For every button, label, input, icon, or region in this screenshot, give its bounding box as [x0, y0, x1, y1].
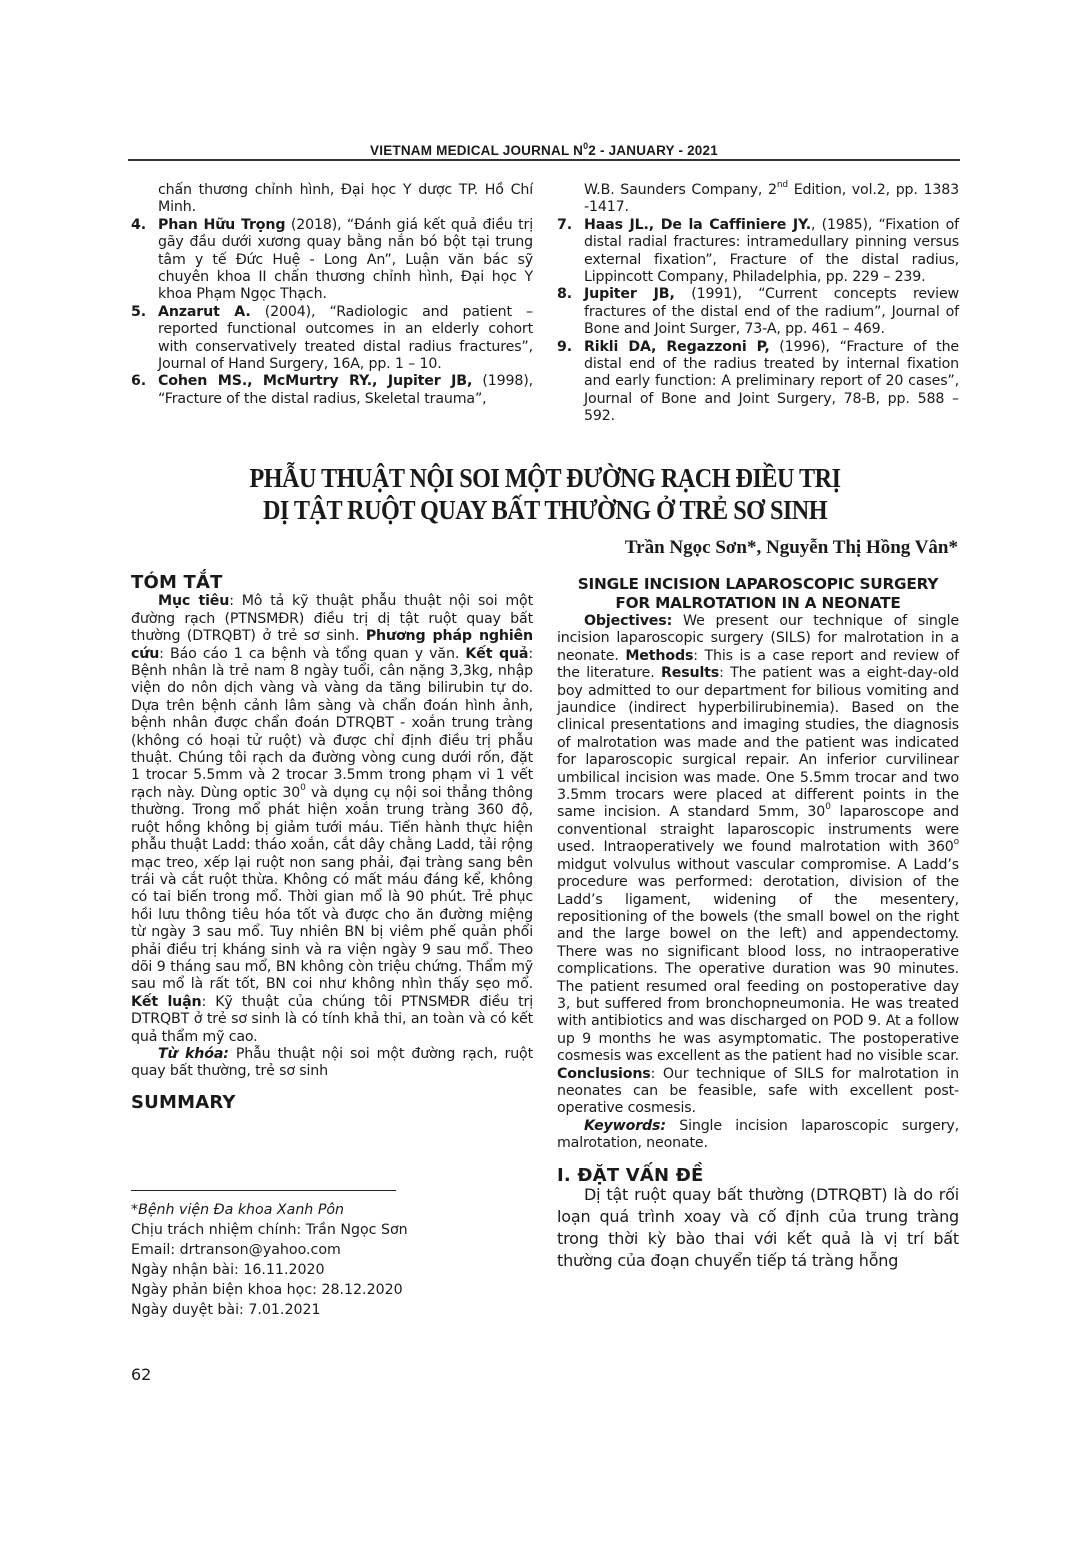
keywords-paragraph: Keywords: Single incision laparoscopic s… — [557, 1118, 959, 1153]
reference-number: 6. — [131, 373, 158, 408]
article-authors: Trần Ngọc Sơn*, Nguyễn Thị Hồng Vân* — [500, 537, 958, 559]
english-title: SINGLE INCISION LAPAROSCOPIC SURGERY FOR… — [557, 575, 959, 613]
article-title: PHẪU THUẬT NỘI SOI MỘT ĐƯỜNG RẠCH ĐIỀU T… — [197, 462, 892, 526]
abstract-paragraph: Mục tiêu: Mô tả kỹ thuật phẫu thuật nội … — [131, 593, 533, 1046]
footnotes: *Bệnh viện Đa khoa Xanh Pôn Chịu trách n… — [131, 1200, 408, 1320]
reference-continuation: W.B. Saunders Company, 2nd Edition, vol.… — [557, 182, 959, 217]
label-conclusions: Conclusions — [557, 1066, 651, 1082]
email: Email: drtranson@yahoo.com — [131, 1240, 408, 1260]
reference-number: 8. — [557, 286, 584, 338]
section-heading: I. ĐẶT VẤN ĐỀ — [557, 1167, 959, 1184]
title-line: SINGLE INCISION LAPAROSCOPIC SURGERY — [557, 575, 959, 594]
abstract-text: : Bệnh nhân là trẻ nam 8 ngày tuổi, cân … — [131, 646, 533, 801]
affiliation: *Bệnh viện Đa khoa Xanh Pôn — [131, 1200, 408, 1220]
keywords-label: Keywords: — [584, 1118, 666, 1134]
reference-number: 7. — [557, 217, 584, 287]
abstract-text: và dụng cụ nội soi thẳng thông thường. T… — [131, 785, 533, 992]
issue-superscript: 0 — [583, 141, 588, 151]
header-rule — [128, 159, 960, 161]
reference-authors: Haas JL., De la Caffiniere JY. — [584, 217, 811, 233]
label-results: Results — [661, 665, 719, 681]
degree-superscript: 0 — [825, 802, 831, 812]
received-date: Ngày nhận bài: 16.11.2020 — [131, 1260, 408, 1280]
abstract-english: SINGLE INCISION LAPAROSCOPIC SURGERY FOR… — [557, 575, 959, 1272]
abstract-text: : The patient was a eight-day-old boy ad… — [557, 665, 959, 820]
section-heading: TÓM TẮT — [131, 574, 533, 591]
reference-cont-text: W.B. Saunders Company, 2 — [584, 182, 777, 198]
summary-heading: SUMMARY — [131, 1094, 533, 1111]
label-objectives: Mục tiêu — [158, 593, 229, 609]
title-line: DỊ TẬT RUỘT QUAY BẤT THƯỜNG Ở TRẺ SƠ SIN… — [197, 494, 892, 526]
intro-paragraph: Dị tật ruột quay bất thường (DTRQBT) là … — [557, 1184, 959, 1272]
reference-item: 4. Phan Hữu Trọng (2018), “Đánh giá kết … — [131, 217, 533, 304]
reference-number: 4. — [131, 217, 158, 304]
running-header: VIETNAM MEDICAL JOURNAL N02 - JANUARY - … — [128, 143, 960, 158]
abstract-vietnamese: TÓM TẮT Mục tiêu: Mô tả kỹ thuật phẫu th… — [131, 574, 533, 1111]
reference-authors: Jupiter JB, — [584, 286, 675, 302]
references-left: chấn thương chỉnh hình, Đại học Y dược T… — [131, 182, 533, 408]
page-number: 62 — [131, 1365, 151, 1384]
issue-date: 2 - JANUARY - 2021 — [588, 143, 718, 158]
reviewed-date: Ngày phản biện khoa học: 28.12.2020 — [131, 1280, 408, 1300]
keywords-paragraph: Từ khóa: Phẫu thuật nội soi một đường rạ… — [131, 1046, 533, 1081]
degree-superscript: o — [954, 837, 959, 847]
reference-continuation: chấn thương chỉnh hình, Đại học Y dược T… — [131, 182, 533, 217]
label-results: Kết quả — [465, 646, 528, 662]
footnote-rule — [131, 1190, 396, 1191]
references-right: W.B. Saunders Company, 2nd Edition, vol.… — [557, 182, 959, 426]
title-line: FOR MALROTATION IN A NEONATE — [557, 594, 959, 613]
reference-item: 6. Cohen MS., McMurtry RY., Jupiter JB, … — [131, 373, 533, 408]
title-line: PHẪU THUẬT NỘI SOI MỘT ĐƯỜNG RẠCH ĐIỀU T… — [197, 462, 892, 494]
keywords-label: Từ khóa: — [158, 1046, 229, 1062]
abstract-text: midgut volvulus without vascular comprom… — [557, 857, 959, 1064]
journal-name: VIETNAM MEDICAL JOURNAL N — [370, 143, 583, 158]
label-objectives: Objectives: — [584, 613, 672, 629]
responsible-author: Chịu trách nhiệm chính: Trần Ngọc Sơn — [131, 1220, 408, 1240]
reference-item: 9. Rikli DA, Regazzoni P, (1996), “Fract… — [557, 339, 959, 426]
reference-authors: Cohen MS., McMurtry RY., Jupiter JB, — [158, 373, 472, 389]
edition-superscript: nd — [777, 180, 788, 190]
abstract-text: : Báo cáo 1 ca bệnh và tổng quan y văn. — [159, 646, 465, 662]
reference-number: 9. — [557, 339, 584, 426]
reference-item: 7. Haas JL., De la Caffiniere JY., (1985… — [557, 217, 959, 287]
reference-number: 5. — [131, 304, 158, 374]
reference-item: 8. Jupiter JB, (1991), “Current concepts… — [557, 286, 959, 338]
label-conclusion: Kết luận — [131, 994, 202, 1010]
reference-authors: Anzarut A. — [158, 304, 251, 320]
accepted-date: Ngày duyệt bài: 7.01.2021 — [131, 1300, 408, 1320]
abstract-paragraph: Objectives: We present our technique of … — [557, 613, 959, 1118]
reference-item: 5. Anzarut A. (2004), “Radiologic and pa… — [131, 304, 533, 374]
reference-authors: Phan Hữu Trọng — [158, 217, 285, 233]
degree-superscript: 0 — [300, 783, 306, 793]
label-methods: Methods — [625, 648, 693, 664]
reference-authors: Rikli DA, Regazzoni P, — [584, 339, 770, 355]
